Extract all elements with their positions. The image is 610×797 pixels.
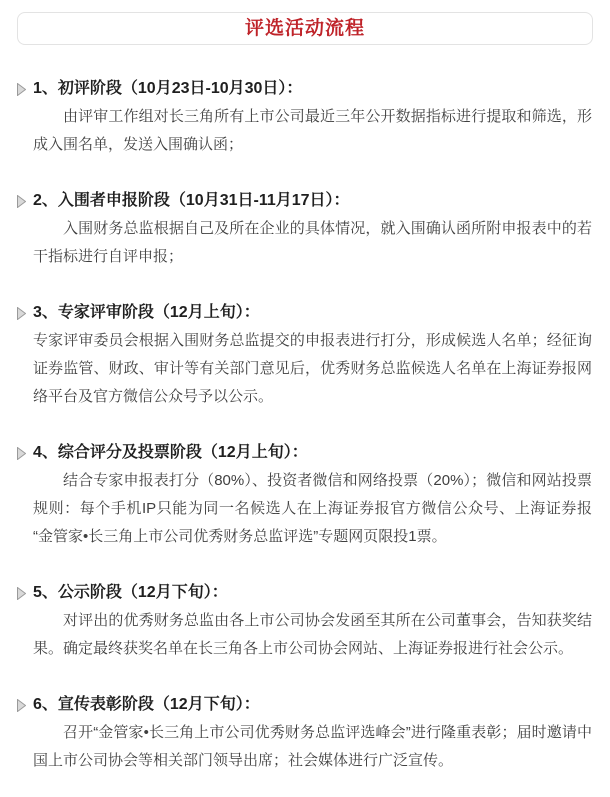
- section-body: 召开“金管家•长三角上市公司优秀财务总监评选峰会”进行隆重表彰；届时邀请中国上市…: [33, 719, 592, 775]
- process-section-5: 5、公示阶段（12月下旬）： 对评出的优秀财务总监由各上市公司协会发函至其所在公…: [33, 579, 592, 663]
- triangle-right-icon: [17, 587, 26, 600]
- section-body: 入围财务总监根据自己及所在企业的具体情况，就入围确认函所附申报表中的若干指标进行…: [33, 215, 592, 271]
- process-section-4: 4、综合评分及投票阶段（12月上旬）： 结合专家申报表打分（80%）、投资者微信…: [33, 439, 592, 551]
- section-heading: 3、专家评审阶段（12月上旬）：: [33, 299, 592, 327]
- triangle-right-icon: [17, 447, 26, 460]
- section-heading-text: 2、入围者申报阶段（10月31日-11月17日）：: [33, 192, 350, 209]
- triangle-right-icon: [17, 307, 26, 320]
- section-heading-text: 1、初评阶段（10月23日-10月30日）：: [33, 80, 302, 97]
- triangle-right-icon: [17, 699, 26, 712]
- section-heading: 5、公示阶段（12月下旬）：: [33, 579, 592, 607]
- process-section-2: 2、入围者申报阶段（10月31日-11月17日）： 入围财务总监根据自己及所在企…: [33, 187, 592, 271]
- section-body: 结合专家申报表打分（80%）、投资者微信和网络投票（20%）；微信和网站投票规则…: [33, 467, 592, 551]
- section-heading: 2、入围者申报阶段（10月31日-11月17日）：: [33, 187, 592, 215]
- section-heading: 6、宣传表彰阶段（12月下旬）：: [33, 691, 592, 719]
- page-title: 评选活动流程: [245, 19, 365, 38]
- section-body: 由评审工作组对长三角所有上市公司最近三年公开数据指标进行提取和筛选，形成入围名单…: [33, 103, 592, 159]
- section-heading-text: 4、综合评分及投票阶段（12月上旬）：: [33, 444, 308, 461]
- triangle-right-icon: [17, 83, 26, 96]
- section-heading: 4、综合评分及投票阶段（12月上旬）：: [33, 439, 592, 467]
- title-banner: 评选活动流程: [17, 12, 593, 45]
- process-section-1: 1、初评阶段（10月23日-10月30日）： 由评审工作组对长三角所有上市公司最…: [33, 75, 592, 159]
- triangle-right-icon: [17, 195, 26, 208]
- section-heading-text: 3、专家评审阶段（12月上旬）：: [33, 304, 260, 321]
- section-body: 对评出的优秀财务总监由各上市公司协会发函至其所在公司董事会，告知获奖结果。确定最…: [33, 607, 592, 663]
- process-section-6: 6、宣传表彰阶段（12月下旬）： 召开“金管家•长三角上市公司优秀财务总监评选峰…: [33, 691, 592, 775]
- section-heading-text: 5、公示阶段（12月下旬）：: [33, 584, 228, 601]
- section-heading: 1、初评阶段（10月23日-10月30日）：: [33, 75, 592, 103]
- section-body: 专家评审委员会根据入围财务总监提交的申报表进行打分，形成候选人名单；经征询证券监…: [33, 327, 592, 411]
- article-page: { "header": { "title": "评选活动流程" }, "colo…: [0, 0, 610, 797]
- process-section-3: 3、专家评审阶段（12月上旬）： 专家评审委员会根据入围财务总监提交的申报表进行…: [33, 299, 592, 411]
- process-section-list: 1、初评阶段（10月23日-10月30日）： 由评审工作组对长三角所有上市公司最…: [0, 45, 610, 775]
- section-heading-text: 6、宣传表彰阶段（12月下旬）：: [33, 696, 260, 713]
